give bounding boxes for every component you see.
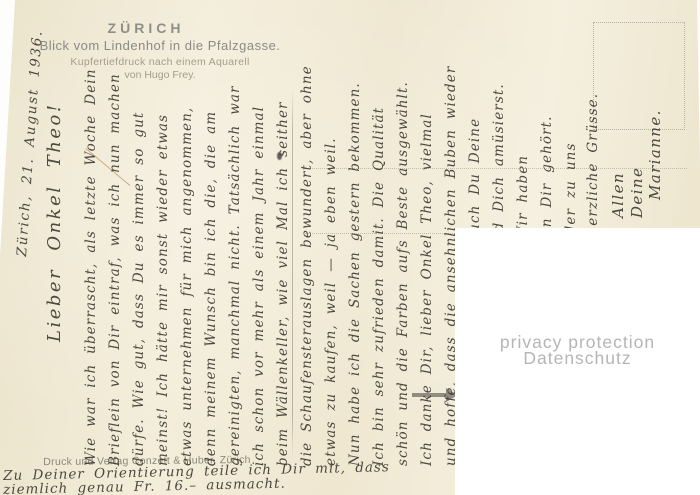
stamp-box: [593, 22, 685, 130]
header-artist: von Hugo Frey.: [10, 69, 310, 81]
handwriting-line: Nun habe ich die Sachen gestern bekommen…: [349, 82, 363, 466]
handwriting-line: beim Wällenkeller, wie viel Mal ich seit…: [277, 101, 291, 466]
handwriting-line: etwas unternehmen für mich angenommen,: [181, 107, 195, 466]
handwriting-line: Wie war ich überrascht, als letzte Woche…: [85, 68, 99, 466]
message-address-divider: [292, 88, 293, 460]
handwriting-line: Ich bin sehr zufrieden damit. Die Qualit…: [373, 107, 387, 466]
printed-header: ZÜRICH Blick vom Lindenhof in die Pfalzg…: [10, 20, 310, 81]
handwriting-line: die Schaufensterauslagen bewundert, aber…: [301, 65, 315, 466]
privacy-overlay-text: privacy protection Datenschutz: [455, 334, 700, 366]
handwriting-line: dürfe. Wie gut, dass Du es immer so gut: [133, 112, 147, 466]
handwriting-line: meinst! Ich hätte mir sonst wieder etwas: [157, 114, 171, 466]
header-title: Blick vom Lindenhof in die Pfalzgasse.: [10, 38, 310, 53]
handwriting-line: etwas zu kaufen, weil — ja eben weil.: [325, 137, 339, 466]
handwriting-closing: Deine: [630, 167, 645, 218]
handwriting-salutation: Lieber Onkel Theo!: [46, 102, 64, 342]
handwriting-line: Ich danke Dir, lieber Onkel Theo, vielma…: [421, 113, 435, 466]
handwriting-line: schön und die Farben aufs Beste ausgewäh…: [397, 81, 411, 466]
privacy-overlay-line2: Datenschutz: [455, 350, 700, 366]
header-technique: Kupfertiefdruck nach einem Aquarell: [10, 56, 310, 68]
handwriting-closing: Allen: [611, 172, 626, 218]
privacy-overlay: privacy protection Datenschutz: [455, 228, 700, 495]
postcard-scan: ZÜRICH Blick vom Lindenhof in die Pfalzg…: [0, 0, 700, 495]
handwriting-line: Brieflein von Dir eintraf, was ich nun m…: [109, 73, 123, 466]
handwriting-line: ich schon vor mehr als einem Jahr einmal: [253, 106, 267, 466]
handwriting-line: denn meinem Wunsch bin ich die, die am: [205, 111, 219, 466]
handwriting-signature: Marianne.: [648, 109, 663, 200]
handwriting-line: gereinigten, manchmal nicht. Tatsächlich…: [229, 85, 243, 466]
